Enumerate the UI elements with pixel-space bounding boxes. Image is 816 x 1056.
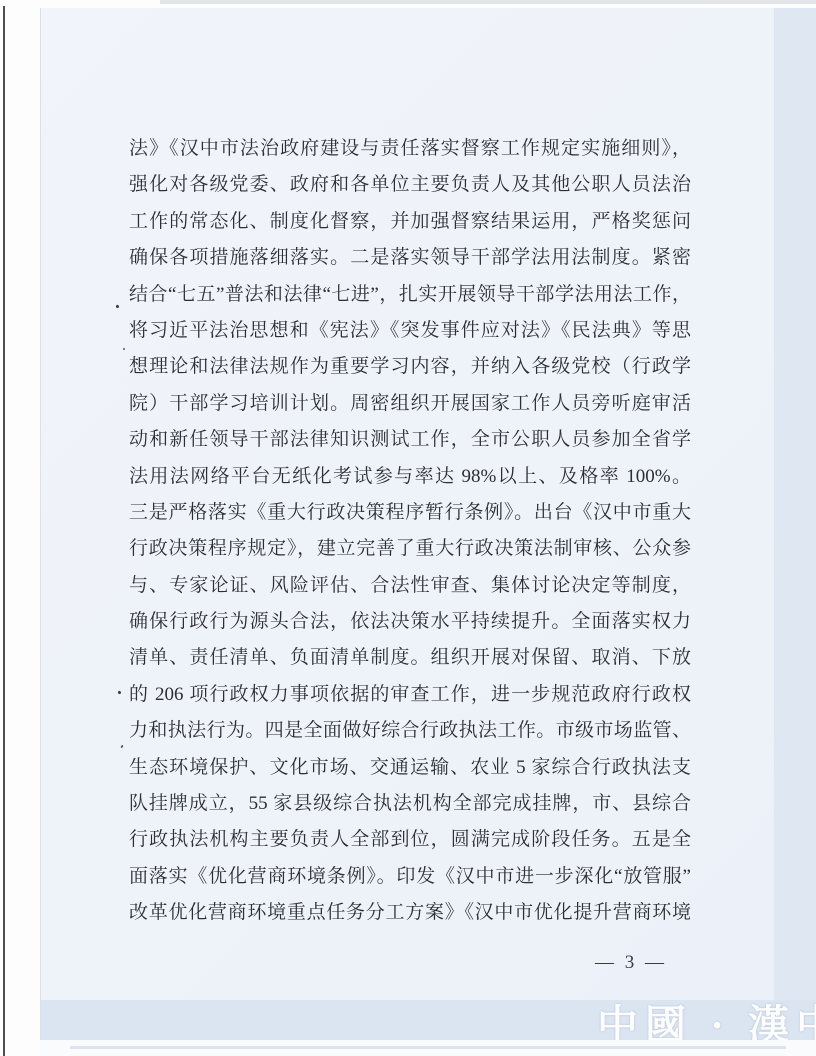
text-line: 将习近平法治思想和《宪法》《突发事件应对法》《民法典》等思 [129,313,691,349]
scanner-top-edge [160,0,816,4]
text-line: 确保各项措施落细落实。二是落实领导干部学法用法制度。紧密 [129,240,691,276]
text-line: 队挂牌成立，55 家县级综合执法机构全部完成挂牌，市、县综合 [129,786,691,822]
watermark-text: 中國 · 漢中 [597,992,816,1040]
text-line: 清单、责任清单、负面清单制度。组织开展对保留、取消、下放 [129,640,691,676]
paper-sheet: 法》《汉中市法治政府建设与责任落实督察工作规定实施细则》，强化对各级党委、政府和… [40,8,816,1040]
text-line: 工作的常态化、制度化督察，并加强督察结果运用，严格奖惩问责， [129,204,691,240]
document-body-text: 法》《汉中市法治政府建设与责任落实督察工作规定实施细则》，强化对各级党委、政府和… [129,131,691,932]
text-line: 面落实《优化营商环境条例》。印发《汉中市进一步深化“放管服” [129,859,691,895]
text-line: 法》《汉中市法治政府建设与责任落实督察工作规定实施细则》， [129,131,691,167]
text-line: 确保行政行为源头合法，依法决策水平持续提升。全面落实权力 [129,604,691,640]
text-line: 强化对各级党委、政府和各单位主要负责人及其他公职人员法治 [129,167,691,203]
ink-speck [115,304,119,308]
ink-speck [123,348,126,351]
scanner-edge-line [3,6,5,1056]
text-line: 改革优化营商环境重点任务分工方案》《汉中市优化提升营商环境 [129,895,691,931]
text-line: 法用法网络平台无纸化考试参与率达 98%以上、及格率 100%。 [129,459,691,495]
page-number: — 3 — [571,952,691,974]
text-line: 行政执法机构主要负责人全部到位，圆满完成阶段任务。五是全 [129,822,691,858]
text-line: 想理论和法律法规作为重要学习内容，并纳入各级党校（行政学 [129,349,691,385]
text-line: 动和新任领导干部法律知识测试工作，全市公职人员参加全省学 [129,422,691,458]
scan-bottom-rule [70,1046,786,1049]
text-line: 力和执法行为。四是全面做好综合行政执法工作。市级市场监管、 [129,713,691,749]
text-line: 的 206 项行政权力事项依据的审查工作，进一步规范政府行政权 [129,677,691,713]
text-line: 三是严格落实《重大行政决策程序暂行条例》。出台《汉中市重大 [129,495,691,531]
text-line: 生态环境保护、文化市场、交通运输、农业 5 家综合行政执法支 [129,750,691,786]
paper-right-shadow-band [774,8,816,1040]
scanned-document-page: 法》《汉中市法治政府建设与责任落实督察工作规定实施细则》，强化对各级党委、政府和… [0,0,816,1056]
text-line: 与、专家论证、风险评估、合法性审查、集体讨论决定等制度， [129,568,691,604]
text-line: 院）干部学习培训计划。周密组织开展国家工作人员旁听庭审活 [129,386,691,422]
text-line: 结合“七五”普法和法律“七进”，扎实开展领导干部学法用法工作， [129,277,691,313]
ink-speck [120,745,123,749]
ink-speck [117,690,121,694]
text-line: 行政决策程序规定》，建立完善了重大行政决策法制审核、公众参 [129,531,691,567]
